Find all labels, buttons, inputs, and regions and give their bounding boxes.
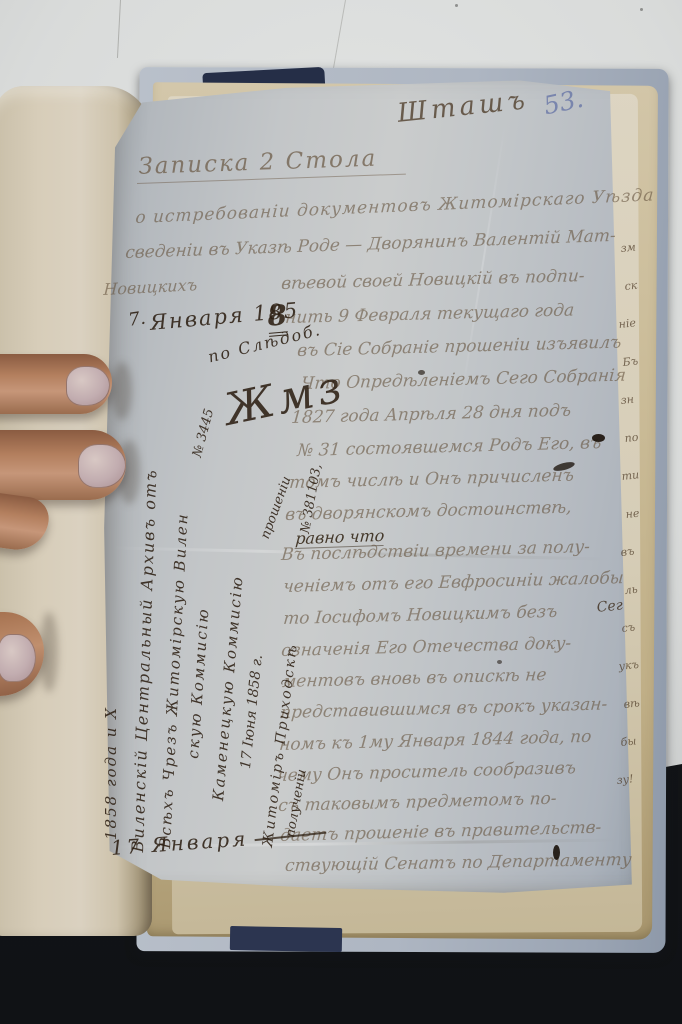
vertical-note: Виленскій Центральный Архивъ отъ bbox=[128, 468, 160, 853]
edge-fragment: бы bbox=[620, 734, 637, 749]
manuscript-line: въ дворянскомъ достоинствѣ, bbox=[284, 497, 572, 525]
edge-fragment: ніе bbox=[618, 316, 637, 331]
edge-fragment: зу! bbox=[616, 772, 634, 787]
edge-fragment: зм bbox=[620, 240, 636, 255]
ink-blot bbox=[497, 660, 502, 664]
vertical-note: Всѣхъ Чрезъ Житомірскую Вилен bbox=[156, 512, 192, 849]
manuscript-line: Что Опредѣленіемъ Сего Собранія bbox=[300, 365, 626, 394]
manuscript-line: то Іосифомъ Новицкимъ безъ bbox=[282, 602, 558, 629]
edge-fragment: Бъ bbox=[622, 354, 639, 369]
edge-fragment: ль bbox=[624, 583, 638, 597]
manuscript-line: ментовъ вновь въ опискѣ не bbox=[281, 665, 547, 692]
manuscript-line: представившимся въ срокъ указан- bbox=[279, 694, 608, 723]
vertical-note: скую Коммисію bbox=[184, 607, 213, 760]
section-heading: Записка 2 Стола bbox=[136, 145, 406, 184]
manuscript-line: означенія Его Отечества доку- bbox=[280, 633, 571, 661]
margin-annotation: № 3445 bbox=[190, 407, 217, 459]
manuscript-line: Новицкихъ bbox=[103, 275, 198, 299]
edge-fragment: съ bbox=[621, 621, 636, 635]
manuscript-line: № 31 состоявшемся Родъ Его, въ bbox=[296, 433, 602, 461]
manuscript-line: ченіемъ отъ его Евфросиніи жалобы bbox=[282, 568, 624, 597]
manuscript-line: чему Онъ проситель сообразивъ bbox=[276, 758, 576, 786]
edge-fragment: въ bbox=[620, 545, 635, 559]
manuscript-line: вѣевой своей Новицкій въ подпи- bbox=[280, 266, 585, 294]
vertical-note: 17 Іюня 1858 г. bbox=[238, 654, 266, 770]
edge-fragment: Сег bbox=[596, 597, 624, 616]
manuscript-line: сведеніи въ Указѣ Роде — Дворянинъ Вален… bbox=[125, 226, 617, 263]
manuscript-line: томъ числѣ и Онъ причисленъ bbox=[288, 466, 574, 494]
manuscript-line: въ Сіе Собраніе прошеніи изъявилъ bbox=[296, 333, 622, 362]
manuscript-line: о истребованіи документовъ Житомірскаго … bbox=[135, 185, 655, 228]
edge-fragment: укъ bbox=[618, 658, 640, 673]
margin-annotation: 7. bbox=[127, 308, 147, 331]
edge-fragment: не bbox=[625, 507, 640, 521]
top-inscription: Шташъ bbox=[396, 85, 530, 129]
ink-blot bbox=[592, 434, 605, 442]
manuscript-line: нить 9 Февраля текущаго года bbox=[284, 300, 575, 328]
manuscript-line: номъ къ 1му Января 1844 года, по bbox=[278, 727, 592, 755]
ink-blot bbox=[553, 845, 560, 860]
edge-fragment: зн bbox=[620, 393, 635, 407]
edge-fragment: ск bbox=[624, 279, 638, 293]
finger-shadow bbox=[112, 362, 132, 420]
photo-scene: Шташъ 53. Записка 2 Стола о истребованіи… bbox=[0, 0, 682, 1024]
edge-fragment: вѣ bbox=[623, 696, 640, 711]
manuscript-line: съ таковымъ предметомъ по- bbox=[277, 789, 557, 816]
folio-page-number: 53. bbox=[541, 84, 586, 121]
edge-fragment: ти bbox=[621, 468, 640, 483]
edge-fragment: по bbox=[624, 431, 639, 445]
manuscript-line: даетъ прошеніе въ правительств- bbox=[279, 818, 602, 846]
handwriting-layer: Шташъ 53. Записка 2 Стола о истребованіи… bbox=[0, 0, 682, 1024]
manuscript-line: ствующій Сенатъ по Департаменту bbox=[284, 850, 632, 876]
ink-blot bbox=[418, 370, 425, 375]
vertical-note: 1858 года и Х bbox=[102, 706, 120, 840]
